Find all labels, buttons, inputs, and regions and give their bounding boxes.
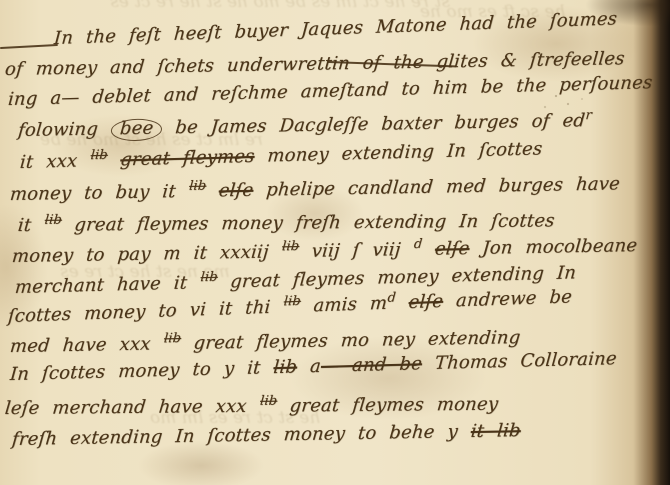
margin-dash: [0, 44, 58, 49]
handwritten-text: med have xxx: [9, 333, 164, 357]
struck-text: great fleymes: [120, 146, 256, 171]
manuscript-line: ing a— deblet and reſchme ameſtand to hi…: [7, 74, 653, 109]
handwritten-text: money to buy it: [9, 181, 190, 205]
handwritten-text: phelipe candland med burges have: [252, 173, 621, 200]
handwritten-text: great fleymes money: [276, 394, 499, 417]
bleedthrough-text: st re he ct lm es be mo ne st he re ct e…: [110, 0, 450, 12]
handwritten-text: be James Dacgleſſe baxter burges of ed: [161, 110, 586, 138]
handwritten-text: andrewe be: [442, 286, 572, 312]
struck-text: — and be: [320, 353, 423, 377]
handwritten-text: viij ſ viij: [298, 239, 415, 262]
handwritten-text: Jon mocolbeane: [469, 235, 639, 259]
manuscript-line: money to pay m it xxxiij lib viij ſ viij…: [11, 235, 638, 266]
pound-abbreviation: lib: [259, 394, 278, 409]
struck-text: lib: [273, 356, 298, 378]
struck-text: it lib: [470, 420, 522, 442]
pound-abbreviation: lib: [163, 331, 181, 346]
handwritten-text: In ſcottes money to y it: [9, 357, 274, 385]
struck-text: elſe: [434, 238, 470, 260]
struck-text: elſe: [218, 180, 254, 202]
pound-abbreviation: lib: [281, 239, 299, 254]
manuscript-line: freſh extending In ſcottes money to behe…: [11, 422, 521, 449]
handwritten-text: money extending In ſcottes: [254, 138, 543, 167]
handwritten-text: In the feſt heeſt buyer Jaques Matone ha…: [53, 8, 618, 49]
handwritten-text: great fleymes money freſh extending In ſ…: [60, 210, 555, 235]
handwritten-text: it: [17, 215, 45, 236]
handwritten-text: Thomas Colloraine: [421, 348, 617, 374]
handwritten-text: leſe merchand have xxx: [4, 396, 261, 419]
manuscript-line: it lib great fleymes money freſh extendi…: [17, 210, 556, 235]
pound-abbreviation: lib: [283, 294, 301, 310]
pound-abbreviation: lib: [90, 148, 108, 163]
manuscript-line: In the feſt heeſt buyer Jaques Matone ha…: [53, 10, 617, 48]
pound-abbreviation: lib: [44, 213, 63, 228]
manuscript-line: folowing bee be James Dacgleſſe baxter b…: [17, 110, 592, 143]
handwritten-text: great fleymes mo ney extending: [180, 327, 522, 354]
handwritten-text: merchant have it: [14, 272, 201, 298]
pound-abbreviation: lib: [200, 270, 218, 285]
struck-text: elſe: [408, 291, 444, 313]
manuscript-line: leſe merchand have xxx lib great fleymes…: [4, 394, 499, 418]
handwritten-text: a: [296, 356, 322, 378]
handwritten-text: folowing: [17, 118, 112, 141]
handwritten-text: it xxx: [19, 150, 91, 173]
superscript-letter: r: [585, 108, 593, 123]
handwritten-text: amis m: [300, 293, 388, 317]
handwritten-text: ſcottes money to vi it thi: [7, 296, 284, 327]
handwritten-text: money to pay m it xxxiij: [11, 241, 283, 267]
manuscript-page: st re he ct lm es be mo ne st he re ct e…: [0, 0, 670, 485]
manuscript-line: money to buy it lib elſe phelipe candlan…: [9, 173, 621, 204]
pound-abbreviation: lib: [188, 179, 206, 194]
circled-word: bee: [110, 118, 163, 141]
handwritten-text: freſh extending In ſcottes money to behe…: [11, 421, 472, 450]
